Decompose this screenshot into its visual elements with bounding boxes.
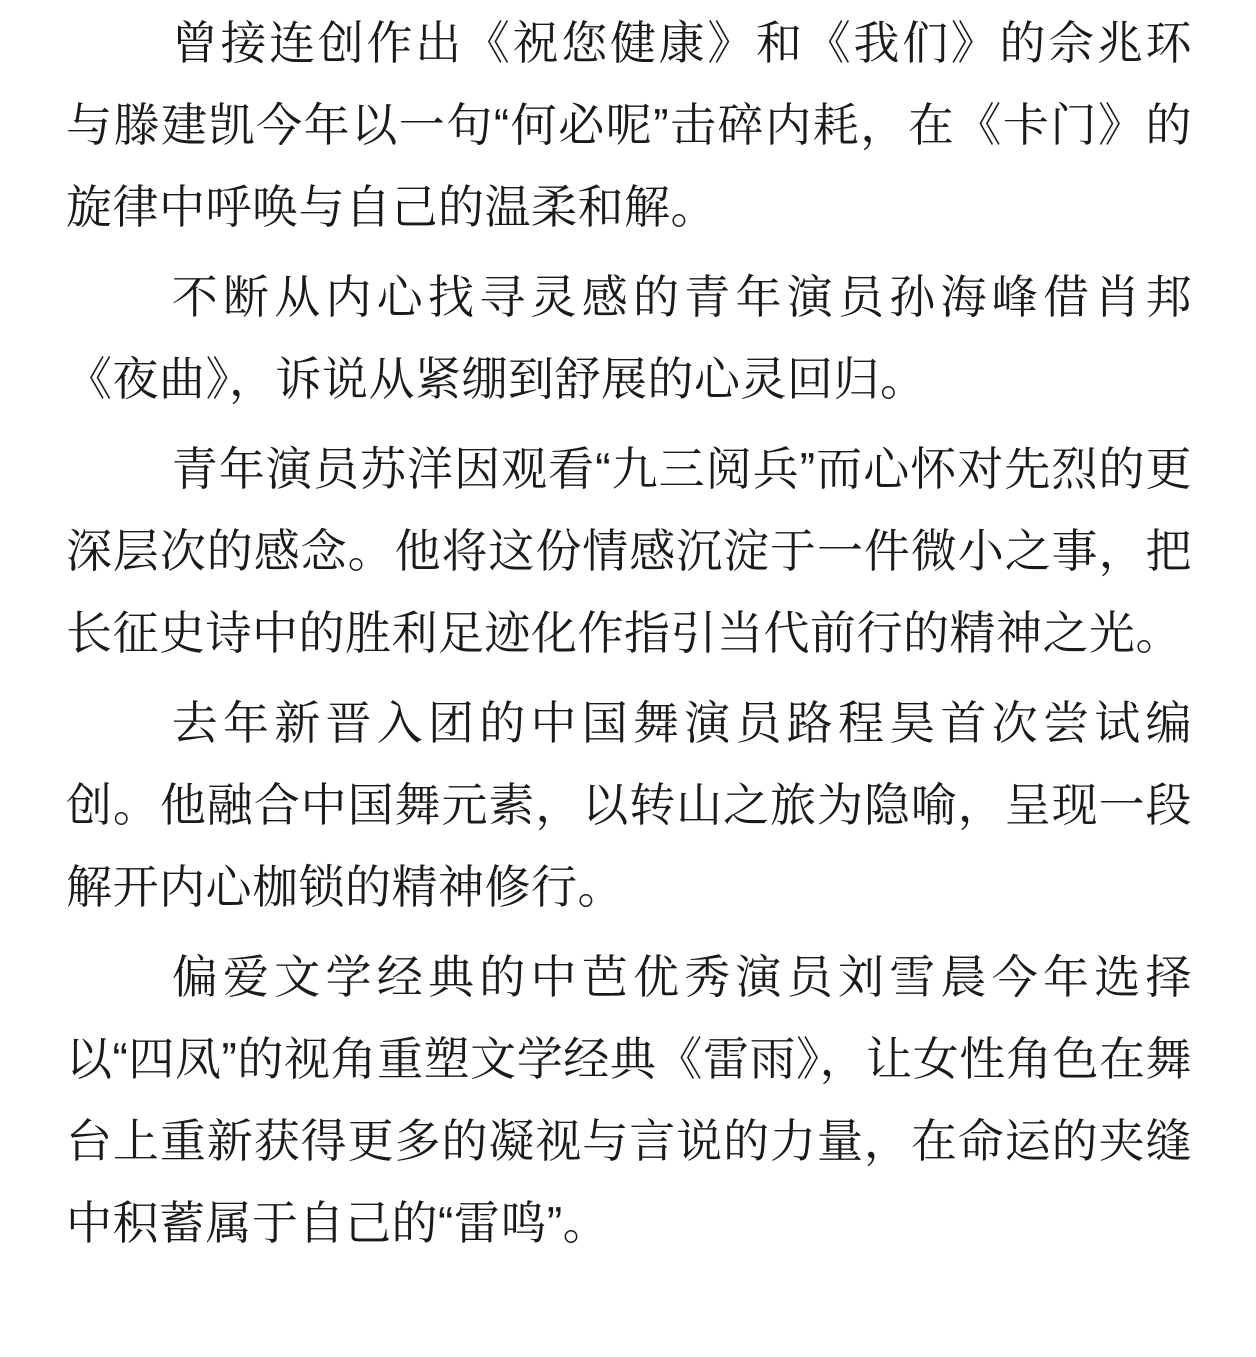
paragraph-5: 偏爱文学经典的中芭优秀演员刘雪晨今年选择以“四凤”的视角重塑文学经典《雷雨》，让… bbox=[66, 936, 1192, 1264]
paragraph-2: 不断从内心找寻灵感的青年演员孙海峰借肖邦《夜曲》，诉说从紧绷到舒展的心灵回归。 bbox=[66, 256, 1192, 420]
paragraph-3: 青年演员苏洋因观看“九三阅兵”而心怀对先烈的更深层次的感念。他将这份情感沉淀于一… bbox=[66, 428, 1192, 674]
paragraph-1: 曾接连创作出《祝您健康》和《我们》的佘兆环与滕建凯今年以一句“何必呢”击碎内耗，… bbox=[66, 2, 1192, 248]
paragraph-4: 去年新晋入团的中国舞演员路程昊首次尝试编创。他融合中国舞元素，以转山之旅为隐喻，… bbox=[66, 682, 1192, 928]
article-body: 曾接连创作出《祝您健康》和《我们》的佘兆环与滕建凯今年以一句“何必呢”击碎内耗，… bbox=[0, 0, 1256, 1264]
